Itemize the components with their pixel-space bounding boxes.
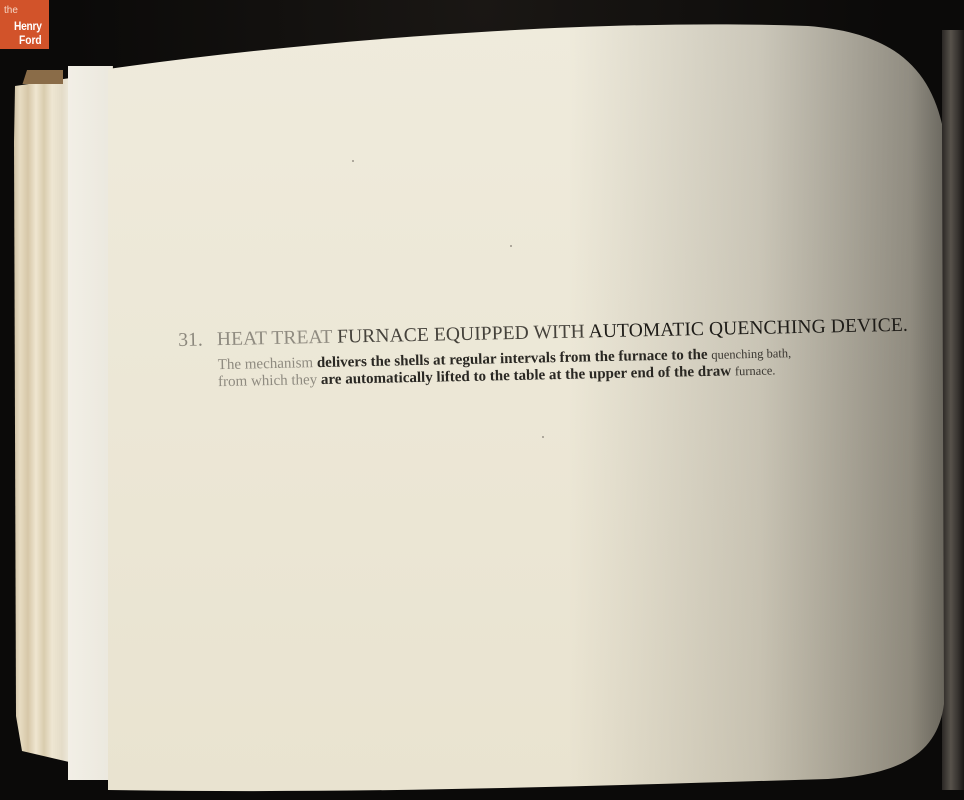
logo-the: the — [4, 6, 18, 16]
text-fragment: quenching bath, — [711, 346, 791, 362]
plate-number: 31. — [178, 329, 203, 351]
heading-part: FURNACE EQUIPPED WITH — [337, 321, 585, 347]
page-gutter-strip — [68, 66, 113, 780]
adjacent-object — [942, 30, 964, 790]
paper-speck — [542, 436, 544, 438]
text-fragment: from which they — [218, 372, 317, 390]
text-fragment: The mechanism — [218, 355, 314, 373]
paper-speck — [352, 160, 354, 162]
heading-part: HEAT TREAT — [217, 327, 333, 350]
logo-ford: Ford — [19, 34, 42, 46]
henry-ford-logo: the Henry Ford — [0, 0, 49, 49]
text-fragment: furnace. — [735, 363, 776, 378]
book-page — [108, 14, 944, 792]
logo-henry: Henry — [14, 20, 42, 32]
paper-speck — [510, 245, 512, 247]
